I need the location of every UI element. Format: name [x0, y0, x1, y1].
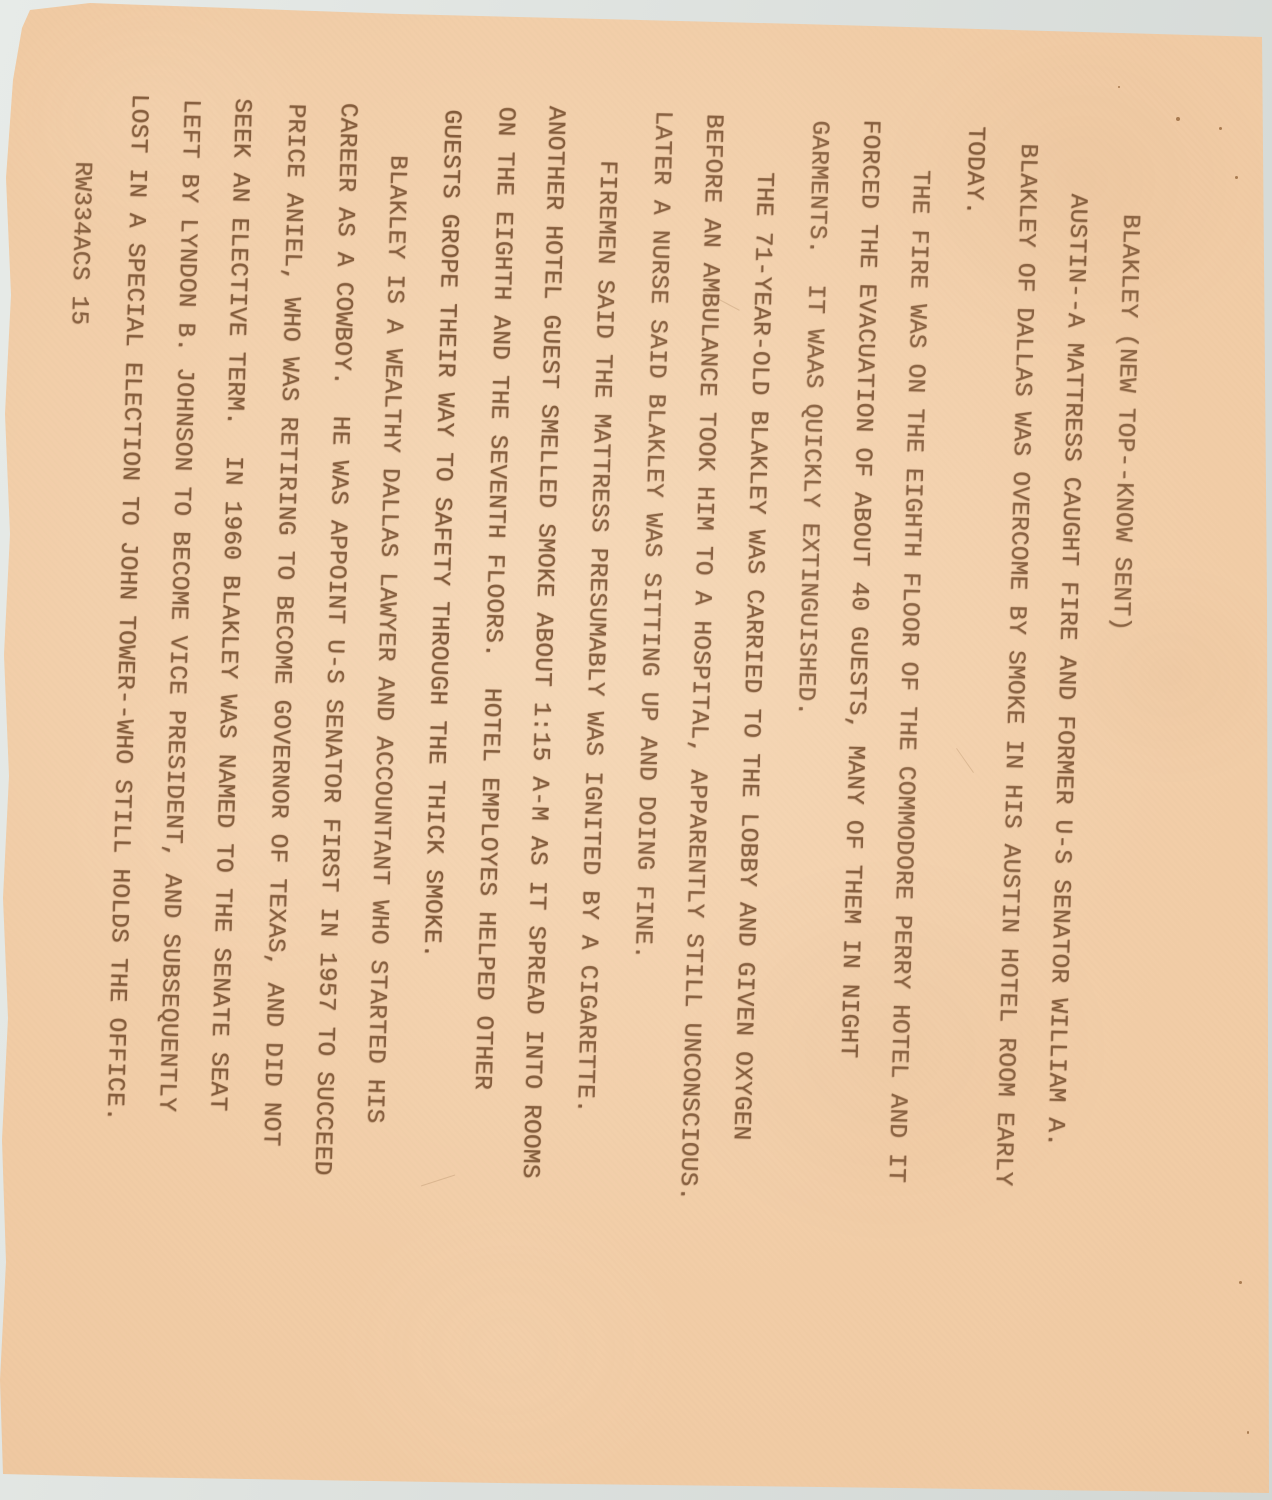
text-line: SEEK AN ELECTIVE TERM. IN 1960 BLAKLEY W… [203, 98, 255, 1112]
text-line: LEFT BY LYNDON B. JOHNSON TO BECOME VICE… [152, 99, 204, 1113]
scan-background: BLAKLEY (NEW TOP--KNOW SENT)AUSTIN--A MA… [0, 0, 1272, 1500]
text-line: TODAY. [959, 126, 988, 216]
text-line: FIREMEN SAID THE MATTRESS PRESUMABLY WAS… [571, 160, 621, 1114]
text-line: FORCED THE EVACUATION OF ABOUT 40 GUESTS… [834, 119, 884, 1058]
text-line: BEFORE AN AMBULANCE TOOK HIM TO A HOSPIT… [673, 113, 727, 1201]
text-line: THE 71-YEAR-OLD BLAKLEY WAS CARRIED TO T… [726, 172, 777, 1141]
text-line: THE FIRE WAS ON THE EIGHTH FLOOR OF THE … [881, 169, 933, 1183]
wire-copy-paper: BLAKLEY (NEW TOP--KNOW SENT)AUSTIN--A MA… [0, 0, 1272, 1500]
text-line: BLAKLEY IS A WEALTHY DALLAS LAWYER AND A… [360, 155, 411, 1124]
text-line: BLAKLEY OF DALLAS WAS OVERCOME BY SMOKE … [989, 143, 1041, 1187]
text-line: GARMENTS. IT WAAS QUICKLY EXTINGUISHED. [791, 120, 833, 717]
text-line: CAREER AS A COWBOY. HE WAS APPOINT U-S S… [307, 102, 360, 1175]
wire-code-line: RW334ACS 15 [64, 161, 95, 326]
text-line: ON THE EIGHTH AND THE SEVENTH FLOORS. HO… [468, 106, 519, 1090]
rotated-text-page: BLAKLEY (NEW TOP--KNOW SENT)AUSTIN--A MA… [0, 0, 1272, 1500]
slug-line: BLAKLEY (NEW TOP--KNOW SENT) [1106, 214, 1143, 632]
text-line: PRICE ANIEL, WHO WAS RETIRING TO BECOME … [257, 103, 309, 1147]
typewritten-lines: BLAKLEY (NEW TOP--KNOW SENT)AUSTIN--A MA… [0, 0, 1272, 1500]
text-line: AUSTIN--A MATTRESS CAUGHT FIRE AND FORME… [1040, 193, 1090, 1147]
text-line: GUESTS GROPE THEIR WAY TO SAFETY THROUGH… [417, 109, 465, 959]
text-line: LATER A NURSE SAID BLAKLEY WAS SITTING U… [628, 110, 676, 960]
text-line: ANOTHER HOTEL GUEST SMELLED SMOKE ABOUT … [516, 106, 569, 1179]
text-line: LOST IN A SPECIAL ELECTION TO JOHN TOWER… [100, 93, 152, 1122]
